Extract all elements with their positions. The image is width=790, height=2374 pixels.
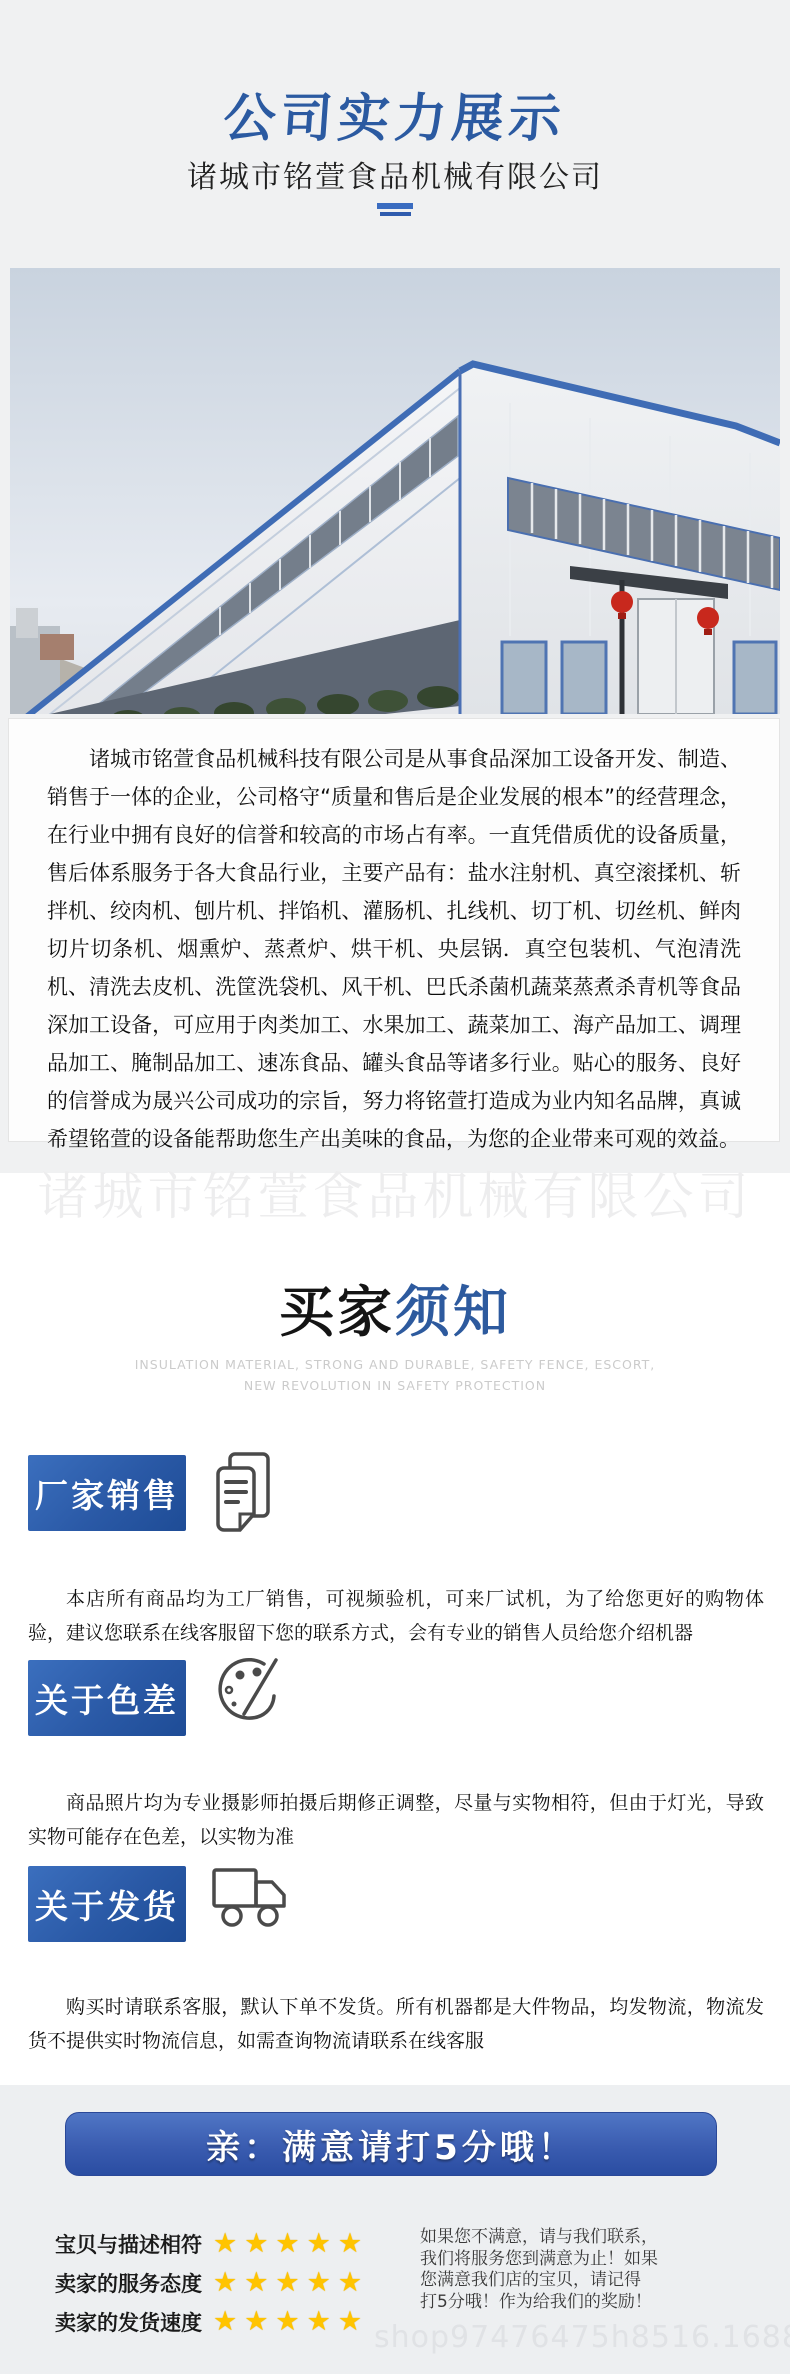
equals-divider-icon	[0, 203, 790, 216]
rating-label: 卖家的发货速度	[55, 2307, 207, 2337]
star-rating: ★★★★★	[213, 2267, 369, 2298]
note-line-3: 您满意我们店的宝贝，请记得	[420, 2270, 690, 2292]
buyer-notice-english-subtitle: INSULATION MATERIAL, STRONG AND DURABLE,…	[0, 1354, 790, 1396]
satisfaction-note: 如果您不满意，请与我们联系， 我们将服务您到满意为止！如果 您满意我们店的宝贝，…	[420, 2227, 690, 2313]
badge-shipping: 关于发货	[28, 1866, 186, 1942]
buyer-notice-title-blue: 须知	[395, 1280, 511, 1344]
factory-building-photo	[10, 268, 780, 714]
company-name-subtitle: 诸城市铭萱食品机械有限公司	[0, 152, 790, 196]
badge-color-difference: 关于色差	[28, 1660, 186, 1736]
shop-url-watermark: shop97476475h8516.1688.com	[374, 2320, 790, 2355]
rating-row-description-match: 宝贝与描述相符 ★★★★★	[55, 2224, 369, 2263]
company-name-watermark: 诸城市铭萱食品机械有限公司	[0, 1155, 790, 1229]
rating-label: 卖家的服务态度	[55, 2268, 207, 2298]
rating-label: 宝贝与描述相符	[55, 2229, 207, 2259]
buyer-notice-title-black: 买家	[279, 1280, 395, 1344]
subtitle-line-1: INSULATION MATERIAL, STRONG AND DURABLE,…	[0, 1354, 790, 1375]
truck-icon	[210, 1862, 292, 1936]
company-intro-text: 诸城市铭萱食品机械科技有限公司是从事食品深加工设备开发、制造、销售于一体的企业，…	[9, 719, 779, 1179]
note-line-2: 我们将服务您到满意为止！如果	[420, 2249, 690, 2271]
rating-rows: 宝贝与描述相符 ★★★★★ 卖家的服务态度 ★★★★★ 卖家的发货速度 ★★★★…	[55, 2224, 369, 2341]
documents-icon	[210, 1448, 274, 1540]
note-line-1: 如果您不满意，请与我们联系，	[420, 2227, 690, 2249]
shipping-text: 购买时请联系客服，默认下单不发货。所有机器都是大件物品，均发物流，物流发货不提供…	[28, 1990, 764, 2058]
rate-5-stars-button[interactable]: 亲：满意请打5分哦！	[65, 2112, 717, 2176]
note-line-4: 打5分哦！作为给我们的奖励！	[420, 2292, 690, 2314]
rating-row-shipping-speed: 卖家的发货速度 ★★★★★	[55, 2302, 369, 2341]
buyer-notice-title: 买家须知	[0, 1268, 790, 1347]
company-intro-box: 诸城市铭萱食品机械科技有限公司是从事食品深加工设备开发、制造、销售于一体的企业，…	[8, 718, 780, 1142]
factory-photo-illustration	[10, 268, 780, 714]
star-rating: ★★★★★	[213, 2306, 369, 2337]
palette-icon	[210, 1652, 286, 1732]
factory-sales-text: 本店所有商品均为工厂销售，可视频验机，可来厂试机，为了给您更好的购物体验，建议您…	[28, 1582, 764, 1650]
badge-factory-sales: 厂家销售	[28, 1455, 186, 1531]
color-difference-text: 商品照片均为专业摄影师拍摄后期修正调整，尽量与实物相符，但由于灯光，导致实物可能…	[28, 1786, 764, 1854]
subtitle-line-2: NEW REVOLUTION IN SAFETY PROTECTION	[0, 1375, 790, 1396]
section-title-company-strength: 公司实力展示	[0, 76, 790, 151]
rating-row-service-attitude: 卖家的服务态度 ★★★★★	[55, 2263, 369, 2302]
star-rating: ★★★★★	[213, 2228, 369, 2259]
product-detail-promo-page: 公司实力展示 诸城市铭萱食品机械有限公司	[0, 0, 790, 2374]
